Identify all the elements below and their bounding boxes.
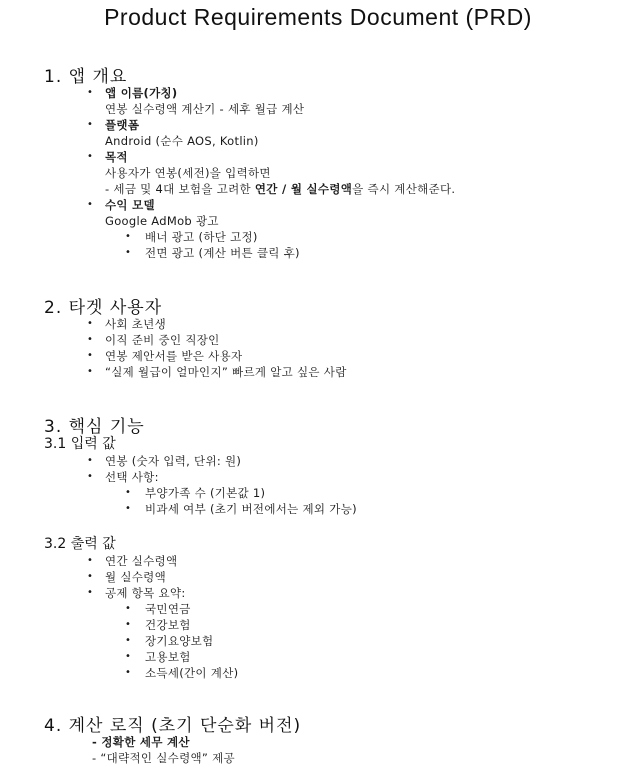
input-sub-item: 비과세 여부 (초기 버전에서는 제외 가능) [145, 501, 357, 517]
app-name-label: 앱 이름(가칭) [105, 85, 177, 101]
output-item: 연간 실수령액 [105, 553, 177, 569]
bullet-icon: • [125, 229, 131, 245]
deduction-item: 장기요양보험 [145, 633, 213, 649]
bullet-icon: • [87, 569, 93, 585]
logic-line: - 정확한 세무 계산 [92, 734, 190, 750]
target-user-item: 사회 초년생 [105, 316, 166, 332]
bullet-icon: • [87, 149, 93, 165]
input-item: 선택 사항: [105, 469, 159, 485]
purpose-line-2: - 세금 및 4대 보험을 고려한 연간 / 월 실수령액을 즉시 계산해준다. [105, 181, 455, 197]
input-sub-item: 부양가족 수 (기본값 1) [145, 485, 265, 501]
bullet-icon: • [125, 501, 131, 517]
platform-value: Android (순수 AOS, Kotlin) [105, 133, 259, 149]
revenue-item: 배너 광고 (하단 고정) [145, 229, 258, 245]
app-name-value: 연봉 실수령액 계산기 - 세후 월급 계산 [105, 101, 304, 117]
purpose-line-2-prefix: - 세금 및 4대 보험을 고려한 [105, 182, 255, 196]
bullet-icon: • [125, 601, 131, 617]
revenue-value: Google AdMob 광고 [105, 213, 219, 229]
bullet-icon: • [125, 485, 131, 501]
deduction-item: 건강보험 [145, 617, 191, 633]
bullet-icon: • [87, 469, 93, 485]
bullet-icon: • [87, 117, 93, 133]
output-item: 공제 항목 요약: [105, 585, 186, 601]
bullet-icon: • [125, 617, 131, 633]
purpose-line-2-emphasis: 연간 / 월 실수령액 [255, 182, 352, 196]
section-2-heading: 2. 타겟 사용자 [44, 293, 162, 318]
bullet-icon: • [87, 348, 93, 364]
deduction-item: 소득세(간이 계산) [145, 665, 238, 681]
deduction-item: 고용보험 [145, 649, 191, 665]
bullet-icon: • [87, 364, 93, 380]
target-user-item: “실제 월급이 얼마인지” 빠르게 알고 싶은 사람 [105, 364, 347, 380]
bullet-icon: • [125, 665, 131, 681]
bullet-icon: • [87, 585, 93, 601]
platform-label: 플랫폼 [105, 117, 139, 133]
bullet-icon: • [87, 316, 93, 332]
input-item: 연봉 (숫자 입력, 단위: 원) [105, 453, 241, 469]
section-4-heading: 4. 계산 로직 (초기 단순화 버전) [44, 711, 301, 736]
deduction-item: 국민연금 [145, 601, 191, 617]
bullet-icon: • [125, 633, 131, 649]
section-1-heading: 1. 앱 개요 [44, 62, 127, 87]
purpose-label: 목적 [105, 149, 128, 165]
section-3-2-heading: 3.2 출력 값 [44, 533, 116, 553]
output-item: 월 실수령액 [105, 569, 166, 585]
document-title: Product Requirements Document (PRD) [0, 4, 636, 31]
section-3-1-heading: 3.1 입력 값 [44, 433, 116, 453]
purpose-line-2-suffix: 을 즉시 계산해준다. [352, 182, 455, 196]
target-user-item: 이직 준비 중인 직장인 [105, 332, 220, 348]
logic-line: - “대략적인 실수령액” 제공 [92, 750, 235, 766]
bullet-icon: • [87, 85, 93, 101]
purpose-line-1: 사용자가 연봉(세전)을 입력하면 [105, 165, 271, 181]
bullet-icon: • [87, 553, 93, 569]
revenue-item: 전면 광고 (계산 버튼 클릭 후) [145, 245, 300, 261]
bullet-icon: • [87, 453, 93, 469]
target-user-item: 연봉 제안서를 받은 사용자 [105, 348, 242, 364]
bullet-icon: • [125, 245, 131, 261]
bullet-icon: • [125, 649, 131, 665]
bullet-icon: • [87, 197, 93, 213]
revenue-label: 수익 모델 [105, 197, 155, 213]
bullet-icon: • [87, 332, 93, 348]
